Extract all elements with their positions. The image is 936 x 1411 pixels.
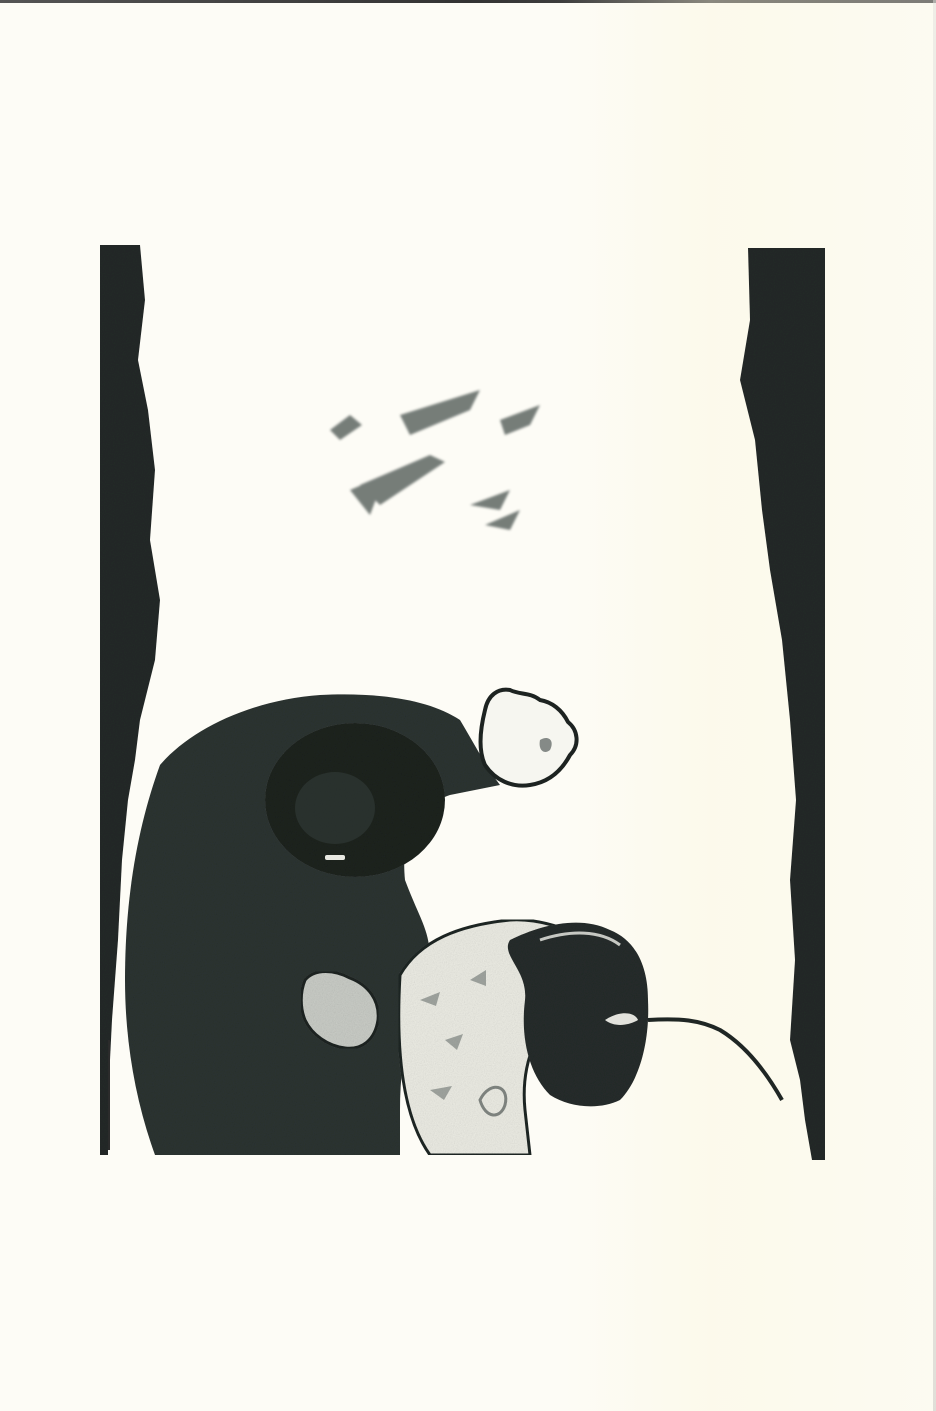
background-marks [330, 390, 540, 530]
cord-line [648, 1019, 782, 1100]
right-dark-band [740, 248, 825, 1160]
scan-edge-top [0, 0, 936, 3]
photograph [100, 240, 830, 1165]
scan-mark [108, 1040, 110, 1150]
raised-fist [480, 690, 576, 786]
